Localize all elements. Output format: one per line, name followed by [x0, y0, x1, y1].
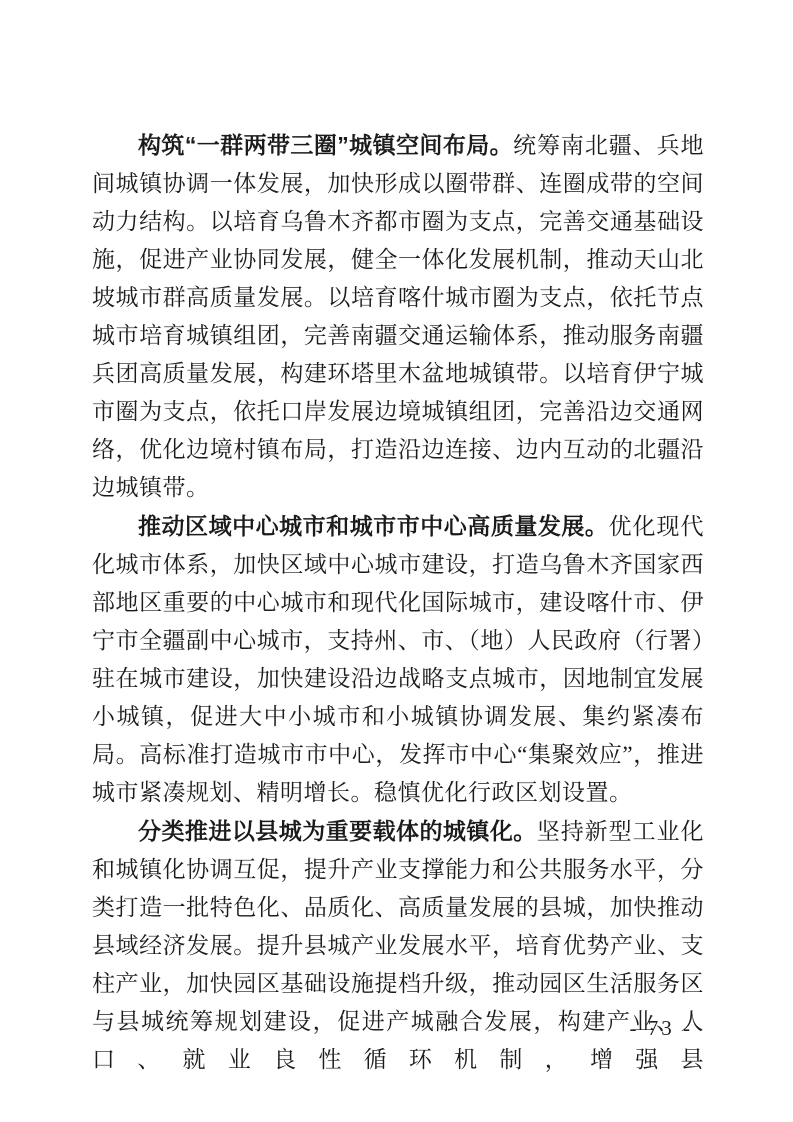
paragraph-3-body: 坚持新型工业化和城镇化协调互促，提升产业支撑能力和公共服务水平，分类打造一批特色…: [92, 819, 704, 1072]
paragraph-1-body: 统筹南北疆、兵地间城镇协调一体发展，加快形成以圈带群、连圈成带的空间动力结构。以…: [92, 133, 704, 500]
paragraph-3: 分类推进以县城为重要载体的城镇化。坚持新型工业化和城镇化协调互促，提升产业支撑能…: [92, 812, 704, 1079]
paragraph-1-heading: 构筑“一群两带三圈”城镇空间布局。: [138, 132, 513, 158]
document-body: 构筑“一群两带三圈”城镇空间布局。统筹南北疆、兵地间城镇协调一体发展，加快形成以…: [92, 126, 704, 1079]
page-number: - 73 -: [630, 1016, 694, 1041]
paragraph-2: 推动区域中心城市和城市市中心高质量发展。优化现代化城市体系，加快区域中心城市建设…: [92, 507, 704, 812]
paragraph-2-heading: 推动区域中心城市和城市市中心高质量发展。: [138, 513, 608, 539]
paragraph-3-heading: 分类推进以县城为重要载体的城镇化。: [138, 818, 537, 844]
document-page: 构筑“一群两带三圈”城镇空间布局。统筹南北疆、兵地间城镇协调一体发展，加快形成以…: [0, 0, 793, 1122]
paragraph-2-body: 优化现代化城市体系，加快区域中心城市建设，打造乌鲁木齐国家西部地区重要的中心城市…: [92, 514, 704, 805]
paragraph-1: 构筑“一群两带三圈”城镇空间布局。统筹南北疆、兵地间城镇协调一体发展，加快形成以…: [92, 126, 704, 507]
